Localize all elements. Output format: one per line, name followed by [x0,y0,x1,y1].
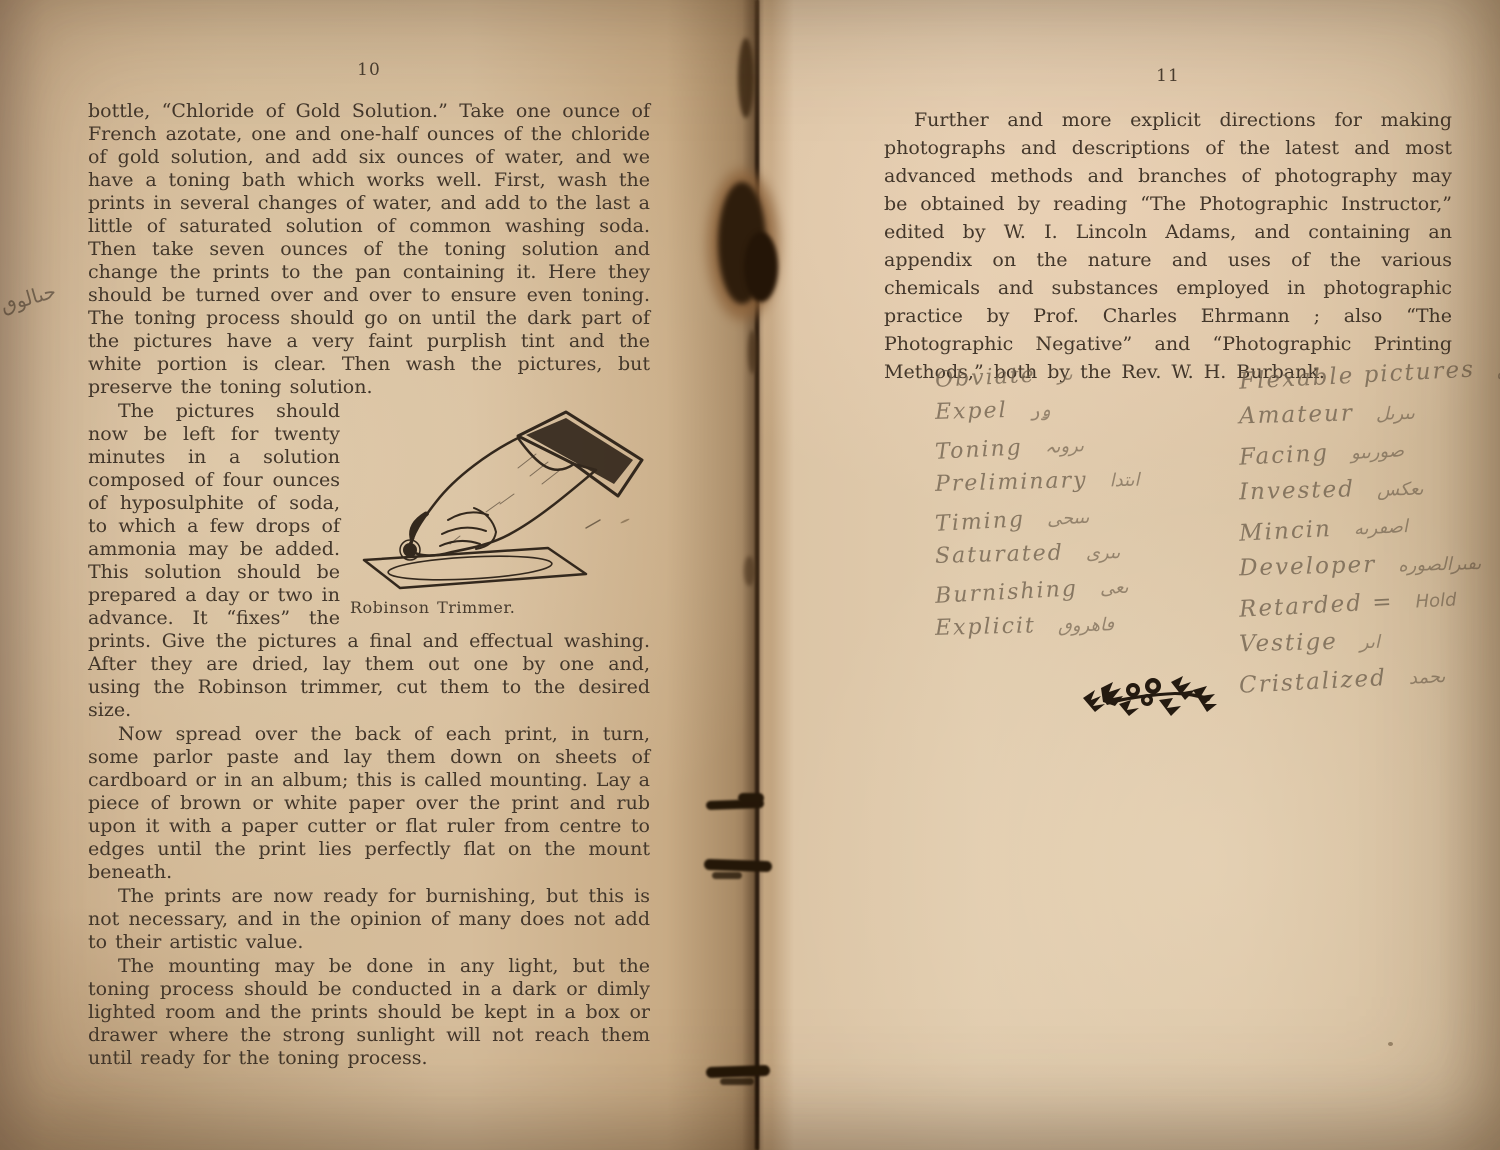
handwritten-word: Obviate [935,363,1037,393]
left-paragraph-1: bottle, “Chloride of Gold Solution.” Tak… [88,100,650,399]
figure-caption: Robinson Trimmer. [350,598,515,617]
handwritten-gloss: ڡاهروٯ [1058,614,1115,636]
handwritten-gloss: اٮر [1360,632,1380,654]
floral-ornament [1075,668,1235,720]
handwritten-gloss: صورىٮو [1350,440,1404,464]
handwritten-row: Retarded = Hold [1238,583,1499,623]
handwritten-row: Invested ٮعکس [1239,473,1500,506]
handwritten-gloss: ٮعکس [1377,479,1424,501]
handwritten-word: Expel [935,398,1008,425]
left-paragraph-3: Now spread over the back of each print, … [88,723,650,884]
handwritten-row: Burnishing ٮعى [935,568,1236,609]
handwritten-row: Explicit ڡاهروٯ [935,608,1236,641]
handwritten-word: Preliminary [935,468,1088,497]
handwritten-row: Preliminary اٮتدا [935,464,1236,497]
left-paragraph-5-text: The mounting may be done in any light, b… [88,955,650,1069]
handwritten-row: Toning ٮروىہ [935,424,1236,465]
handwritten-gloss: ٮحمد [1408,666,1446,689]
handwritten-row: Cristalized ٮحمد [1238,659,1499,699]
handwritten-word: Vestige [1239,629,1339,658]
paper-speck [168,312,172,316]
binding-crease [755,0,759,1150]
handwritten-row: Developer ٮڡىرالصوره [1239,549,1500,582]
handwritten-row: Expel ۅر [935,392,1236,425]
book-spread-photo: حىالوٯ 10 bottle, “Chloride of Gold Solu… [0,0,1500,1150]
handwritten-word: Invested [1239,476,1356,505]
handwritten-gloss: ٮروىہ [1044,435,1084,458]
burn-mark [744,232,778,302]
left-paragraph-5: The mounting may be done in any light, b… [88,955,650,1070]
right-page-text-column: 11 Further and more explicit directions … [884,66,1452,387]
handwritten-word: Cristalized [1238,665,1387,699]
handwritten-gloss: ٮڡىرالصوره [1398,553,1482,576]
handwritten-gloss: ۅر [1029,400,1051,422]
burn-mark [738,38,754,118]
handwritten-vocabulary-left-column: Obviate ىر Expel ۅر Toning ٮروىہ Prelimi… [935,360,1235,648]
handwritten-word: Burnishing [935,576,1079,608]
handwritten-word: Developer [1239,552,1377,582]
handwritten-word: Flexable pictures [1238,356,1475,394]
handwritten-gloss: ٮعى [1099,577,1129,599]
handwritten-gloss: ىر [1057,364,1073,386]
handwritten-word: Timing [935,507,1026,537]
handwritten-word: Explicit [935,613,1036,641]
robinson-trimmer-illustration [350,408,650,596]
page-left: حىالوٯ 10 bottle, “Chloride of Gold Solu… [0,0,757,1150]
right-page-number: 11 [884,66,1452,86]
burn-mark [748,330,757,374]
margin-note-handwriting: حىالوٯ [0,279,59,318]
handwritten-word: Retarded = [1238,589,1394,623]
handwritten-word: Amateur [1239,400,1354,429]
left-paragraph-2: Robinson Trimmer. The pictures should no… [88,400,650,722]
handwritten-gloss: ٮٮىحى [1046,507,1090,530]
handwritten-row: Flexable pictures ٮىٯ [1238,355,1499,395]
left-page-number: 10 [88,60,650,80]
handwritten-row: Vestige اٮر [1239,625,1500,658]
handwritten-row: Saturated ٮىرى [935,536,1236,569]
stitch-mark [720,1078,754,1085]
robinson-trimmer-figure: Robinson Trimmer. [350,408,650,620]
handwritten-row: Amateur ٮىرىل [1239,397,1500,430]
left-page-text-column: 10 bottle, “Chloride of Gold Solution.” … [88,60,650,1071]
page-right: 11 Further and more explicit directions … [757,0,1500,1150]
burn-mark [744,556,755,586]
left-paragraph-4: The prints are now ready for burnishing,… [88,885,650,954]
handwritten-word: Saturated [935,541,1064,569]
right-paragraph-1: Further and more explicit directions for… [884,106,1452,386]
handwritten-row: Timing ٮٮىحى [935,496,1236,537]
left-paragraph-3-text: Now spread over the back of each print, … [88,723,650,883]
handwritten-gloss: اصٯرٮه [1353,516,1408,540]
handwritten-gloss: ٮىرىل [1376,403,1416,425]
left-paragraph-1-text: bottle, “Chloride of Gold Solution.” Tak… [88,100,650,398]
handwritten-row: Facing صورىٮو [1238,431,1499,471]
stitch-mark [704,859,772,872]
left-paragraph-4-text: The prints are now ready for burnishing,… [88,885,650,953]
handwritten-gloss: ٮىرى [1086,542,1121,564]
handwritten-word: Mincin [1238,516,1332,547]
stitch-mark [712,872,742,879]
handwritten-row: Mincin اصٯرٮه [1238,507,1499,547]
paper-speck [1388,1042,1393,1046]
handwritten-word: Toning [935,435,1024,465]
handwritten-vocabulary-right-column: Flexable pictures ٮىٯ Amateur ٮىرىل Faci… [1239,362,1499,704]
handwritten-gloss: ٮىٯ [1496,358,1500,380]
right-paragraph-1-text: Further and more explicit directions for… [884,109,1452,383]
stitch-mark [706,1065,770,1078]
stitch-mark [738,793,764,803]
handwritten-gloss: Hold [1415,589,1457,612]
handwritten-gloss: اٮتدا [1109,470,1139,492]
handwritten-word: Facing [1238,440,1329,471]
